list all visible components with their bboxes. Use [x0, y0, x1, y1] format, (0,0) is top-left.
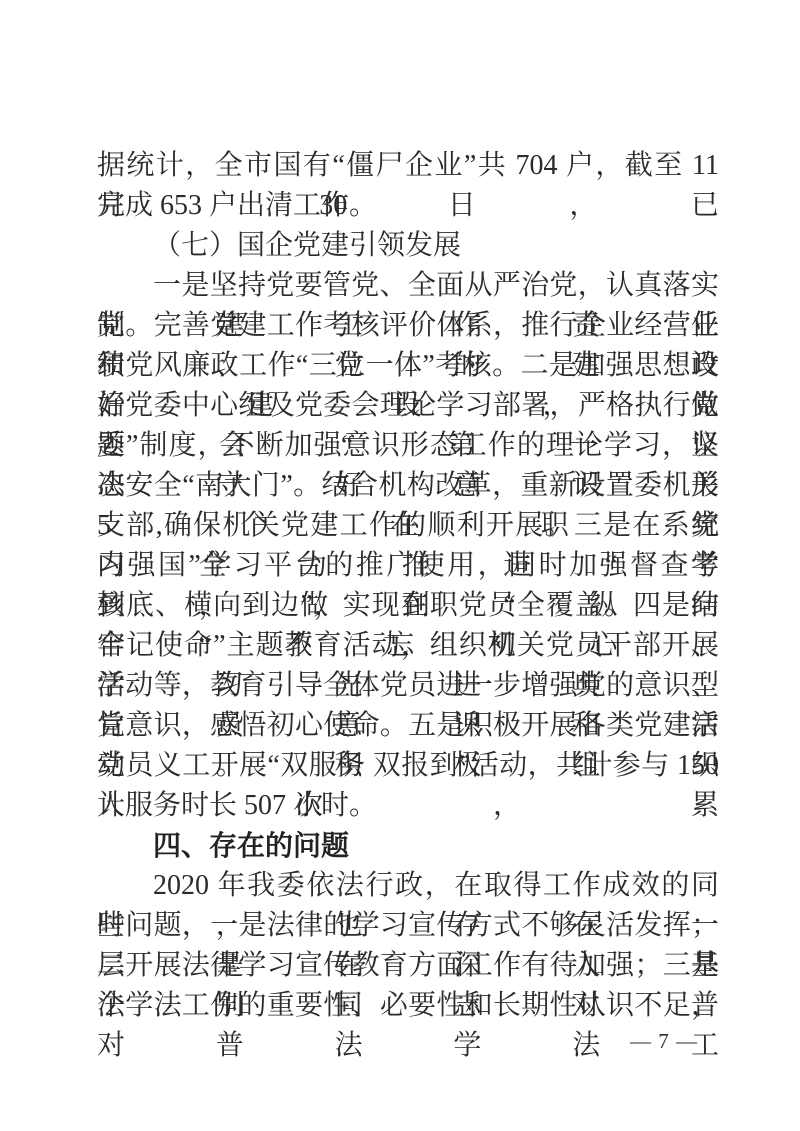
text-line: 牢记使命”主题教育活动，组织机关党员干部开展学习先进典型 — [97, 626, 719, 666]
text-line: 一是坚持党要管党、全面从严治党，认真落实党建工作责任 — [97, 266, 719, 306]
text-line: 层开展法律学习宣传教育方面工作有待加强；三是个别同志对普 — [97, 946, 719, 986]
text-line: 态安全“南大门”。结合机构改革，重新设置委机关 5 个在职党 — [97, 466, 719, 506]
sub-section-heading: （七）国企党建引领发展 — [97, 226, 719, 266]
text-line: 2020 年我委依法行政，在取得工作成效的同时，也存在一 — [97, 866, 719, 906]
text-line: 到底、横向到边”，实现在职党员全覆盖。四是结合“不忘初心、 — [97, 586, 719, 626]
text-line: 据统计，全市国有“僵尸企业”共 704 户，截至 11 月 30 日，已 — [97, 146, 719, 186]
text-line: 习强国”学习平台的推广使用，同时加强督查考核，做到“纵向 — [97, 546, 719, 586]
page-number: — 7 — — [630, 1028, 698, 1054]
text-line: 制。完善党建工作考核评价体系，推行企业经营业绩、党的建设 — [97, 306, 719, 346]
section-heading: 四、存在的问题 — [97, 826, 719, 866]
text-line: 旨意识，感悟初心使命。五是积极开展各类党建活动。积极组织 — [97, 706, 719, 746]
text-line: 些问题，一是法律的学习宣传方式不够灵活发挥；二是在深入基 — [97, 906, 719, 946]
text-line: 支部,确保机关党建工作的顺利开展。三是在系统内全力推进“学 — [97, 506, 719, 546]
text-line: 和党风廉政工作“三位一体”考核。二是加强思想政治建设，做 — [97, 346, 719, 386]
document-page: 据统计，全市国有“僵尸企业”共 704 户，截至 11 月 30 日，已完成 6… — [0, 0, 800, 1131]
text-line: 法学法工作的重要性、必要性和长期性认识不足，对普法学法工 — [97, 986, 719, 1026]
text-line: 活动等，教育引导全体党员进一步增强党的意识、党员意识和宗 — [97, 666, 719, 706]
text-line: 题”制度，不断加强意识形态工作的理论学习，坚决守好意识形 — [97, 426, 719, 466]
document-lines: 据统计，全市国有“僵尸企业”共 704 户，截至 11 月 30 日，已完成 6… — [97, 146, 719, 1026]
text-line: 好党委中心组及党委会理论学习部署，严格执行党委会“第一议 — [97, 386, 719, 426]
text-line: 党员义工开展“双服务 双报到”活动，共计参与 150 人次，累 — [97, 746, 719, 786]
